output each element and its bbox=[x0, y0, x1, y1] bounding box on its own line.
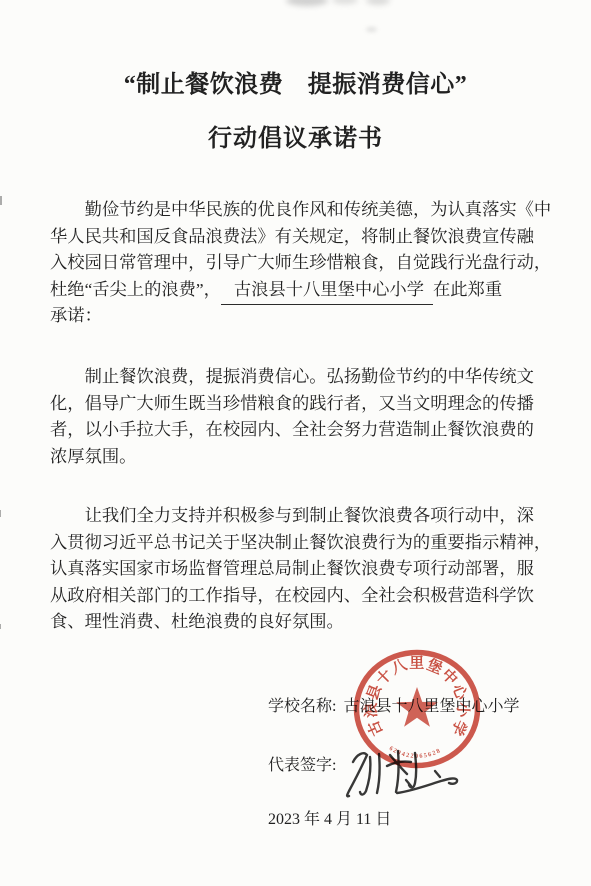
line4-after-text: 在此郑重 bbox=[433, 280, 502, 299]
body-text-line: 化，倡导广大师生既当珍惜粮食的践行者，又当文明理念的传播 bbox=[50, 391, 550, 418]
paragraph-1: 勤俭节约是中华民族的优良作风和传统美德，为认真落实《中 华人民共和国反食品浪费法… bbox=[50, 197, 550, 330]
document-title: “制止餐饮浪费 提振消费信心” bbox=[0, 64, 591, 99]
signature-line: 代表签字: bbox=[268, 752, 343, 775]
scan-smudge bbox=[286, 0, 328, 6]
document-subtitle: 行动倡议承诺书 bbox=[0, 118, 591, 153]
paragraph-3: 让我们全力支持并积极参与到制止餐饮浪费各项行动中，深 入贯彻习近平总书记关于坚决… bbox=[50, 503, 550, 636]
body-text-line: 从政府相关部门的工作指导，在校园内、全社会积极营造科学饮 bbox=[50, 583, 550, 610]
body-text-line: 认真落实国家市场监督管理总局制止餐饮浪费专项行动部署，服 bbox=[50, 556, 550, 583]
body-text-line: 食、理性消费、杜绝浪费的良好氛围。 bbox=[50, 609, 550, 636]
line4-before-text: 杜绝“舌尖上的浪费”， bbox=[50, 280, 221, 299]
body-text-line: 入校园日常管理中，引导广大师生珍惜粮食，自觉践行光盘行动， bbox=[50, 250, 550, 277]
scan-smudge bbox=[366, 27, 377, 32]
body-text-line: 承诺： bbox=[50, 303, 550, 330]
body-text-line: 入贯彻习近平总书记关于坚决制止餐饮浪费行为的重要指示精神， bbox=[50, 530, 550, 557]
body-text-line: 制止餐饮浪费，提振消费信心。弘扬勤俭节约的中华传统文 bbox=[50, 364, 550, 391]
body-text-line: 浓厚氛围。 bbox=[50, 444, 550, 471]
body-text-line: 杜绝“舌尖上的浪费”，古浪县十八里堡中心小学在此郑重 bbox=[50, 277, 550, 304]
body-text-line: 让我们全力支持并积极参与到制止餐饮浪费各项行动中，深 bbox=[50, 503, 550, 530]
body-text-line: 勤俭节约是中华民族的优良作风和传统美德，为认真落实《中 bbox=[50, 197, 550, 224]
paragraph-2: 制止餐饮浪费，提振消费信心。弘扬勤俭节约的中华传统文 化，倡导广大师生既当珍惜粮… bbox=[50, 364, 550, 470]
scanned-document-page: “制止餐饮浪费 提振消费信心” 行动倡议承诺书 勤俭节约是中华民族的优良作风和传… bbox=[0, 0, 591, 886]
date-line: 2023 年 4 月 11 日 bbox=[268, 806, 391, 829]
school-name-label: 学校名称: bbox=[268, 698, 336, 715]
seal-star-icon bbox=[396, 687, 438, 727]
scan-edge-speck bbox=[0, 624, 1, 629]
signature-label: 代表签字: bbox=[268, 757, 336, 774]
scan-smudge bbox=[366, 0, 390, 5]
scan-edge-speck bbox=[0, 196, 2, 205]
scan-smudge bbox=[332, 0, 358, 4]
body-text-line: 华人民共和国反食品浪费法》有关规定，将制止餐饮浪费宣传融 bbox=[50, 224, 550, 251]
scan-edge-speck bbox=[0, 510, 1, 517]
school-name-underlined: 古浪县十八里堡中心小学 bbox=[221, 277, 433, 306]
signature-scribble bbox=[340, 741, 470, 803]
body-text-line: 者，以小手拉大手，在校园内、全社会努力营造制止餐饮浪费的 bbox=[50, 417, 550, 444]
